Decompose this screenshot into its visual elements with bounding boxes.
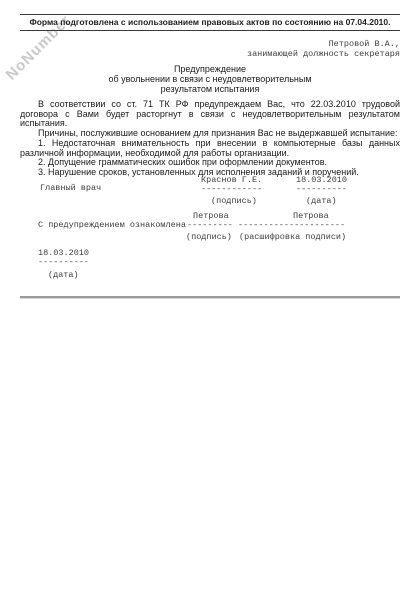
acknowledgement-name-caption: (расшифровка подписи)	[239, 233, 346, 242]
document-title-line-1: Предупреждение	[20, 64, 400, 74]
document-body: В соответствии со ст. 71 ТК РФ предупреж…	[20, 100, 400, 178]
acknowledgement-label: С предупреждением ознакомлена	[38, 221, 186, 230]
paragraph-intro: В соответствии со ст. 71 ТК РФ предупреж…	[20, 100, 400, 129]
acknowledgement-signature-line: ---------	[187, 221, 233, 230]
form-header-note: Форма подготовлена с использованием прав…	[20, 14, 400, 31]
signer-signature-caption: (подпись)	[211, 197, 257, 206]
document-title: Предупреждение об увольнении в связи с н…	[20, 64, 400, 94]
reason-item-1: 1. Недостаточная внимательность при внес…	[20, 139, 400, 158]
addressee-position: занимающей должность секретаря	[247, 49, 400, 59]
acknowledgement-date-caption: (дата)	[48, 271, 79, 280]
document-title-line-3: результатом испытания	[20, 84, 400, 94]
document-title-line-2: об увольнении в связи с неудовлетворител…	[20, 74, 400, 84]
signer-signature-line: ------------	[201, 185, 262, 194]
addressee-block: Петровой В.А., занимающей должность секр…	[247, 39, 400, 59]
signer-title-label: Главный врач	[40, 184, 101, 193]
signer-date-line: ----------	[296, 185, 347, 194]
acknowledgement-name-line: ---------------------	[238, 221, 345, 230]
bottom-divider	[20, 296, 400, 299]
acknowledgement-date-line: ----------	[38, 258, 89, 267]
form-header-text: Форма подготовлена с использованием прав…	[29, 17, 390, 27]
acknowledgement-signature-caption: (подпись)	[186, 233, 232, 242]
signer-date-caption: (дата)	[306, 197, 337, 206]
document-page: NoNumber Форма подготовлена с использова…	[0, 0, 420, 600]
addressee-name: Петровой В.А.,	[247, 39, 400, 49]
